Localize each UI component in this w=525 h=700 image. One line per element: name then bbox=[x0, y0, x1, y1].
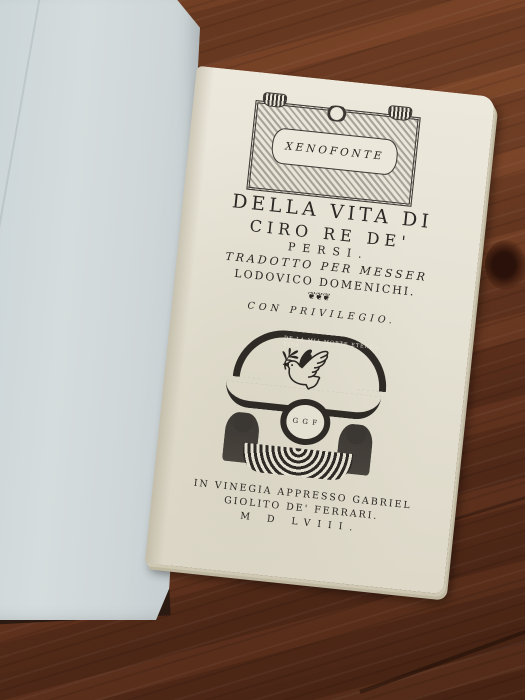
page-crease bbox=[0, 0, 42, 601]
title-page: XENOFONTE DELLA VITA DI CIRO RE DE' PERS… bbox=[145, 66, 496, 595]
decorative-cartouche: XENOFONTE bbox=[246, 100, 420, 207]
wood-knot bbox=[485, 240, 525, 290]
urn-ornament-icon bbox=[387, 105, 412, 121]
printers-device: DE LA MIA MORTE ETERNA VITA 🕊 G G F bbox=[217, 321, 392, 487]
mask-ornament-icon bbox=[323, 104, 351, 123]
author-name: XENOFONTE bbox=[285, 140, 385, 162]
fleuron-icon: ❦❦❦ bbox=[301, 290, 336, 303]
urn-ornament-icon bbox=[262, 92, 287, 108]
globe-initials: G G F bbox=[292, 417, 318, 428]
scroll-base-ornament bbox=[241, 443, 353, 482]
cartouche-label-panel: XENOFONTE bbox=[270, 127, 399, 176]
